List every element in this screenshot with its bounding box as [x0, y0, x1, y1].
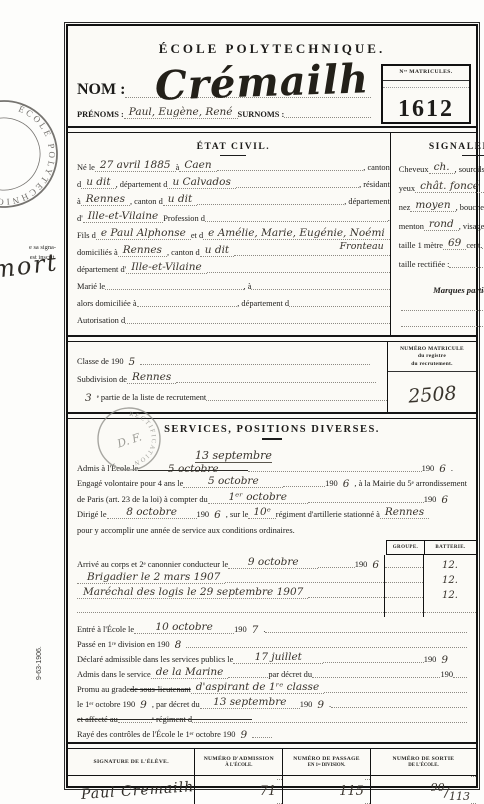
dirige-year: 6	[209, 509, 226, 521]
birth-date: 27 avril 1885	[95, 159, 176, 172]
etat-civil-title: ÉTAT CIVIL.	[77, 137, 390, 152]
sortie-header-cell: NUMÉRO DE SORTIEDE L'ÉCOLE.	[370, 749, 476, 775]
declare-year: 9	[436, 654, 453, 666]
dash	[220, 155, 246, 156]
departement-label: , département d	[237, 299, 289, 308]
residant-label: , résidant	[359, 180, 390, 189]
batterie-cell	[423, 602, 476, 617]
dirige-label: Dirigé le	[77, 510, 107, 519]
canton-value: u dit	[200, 244, 234, 257]
col-groupe-header: GROUPE.	[386, 540, 424, 555]
entre-label: Entré à l'École le	[77, 625, 134, 634]
mother-name: e Amélie, Marie, Eugénie, Noémi	[203, 227, 390, 240]
dirige-date: 8 octobre	[107, 506, 197, 519]
school-title: ÉCOLE POLYTECHNIQUE.	[77, 26, 467, 57]
departement-value: u Calvados	[167, 176, 235, 189]
matricule-number: 1612	[383, 87, 469, 123]
decret-date: 13 septembre	[200, 696, 300, 709]
batterie-value: 12.	[437, 560, 463, 571]
footer-header-row: SIGNATURE DE L'ÉLÈVE. NUMÉRO D'ADMISSION…	[68, 749, 476, 776]
table-header: GROUPE. BATTERIE.	[77, 540, 467, 555]
prenoms-label: PRÉNOMS :	[77, 110, 124, 119]
matricule-box-label: Nᵒˢ MATRICULES.	[383, 66, 469, 81]
batterie-cell: 12.	[423, 572, 476, 587]
sortie-header-line2: DE L'ÉCOLE.	[371, 763, 476, 768]
table-row: Brigadier le 2 mars 1907 12.	[77, 572, 467, 587]
entre-date: 10 octobre	[134, 621, 234, 634]
groupe-batterie-table: GROUPE. BATTERIE. Arrivé au corps et 2ᵉ …	[77, 540, 467, 617]
service-value: de la Marine	[151, 666, 229, 679]
declare-date: 17 juillet	[233, 651, 323, 664]
batterie-value: 12.	[437, 575, 463, 586]
cent-label: cent.	[466, 241, 482, 250]
passage-cell: 115	[282, 776, 370, 804]
entre-year: 7	[247, 624, 264, 636]
col-batterie-header: BATTERIE.	[424, 540, 476, 555]
matricule-box: Nᵒˢ MATRICULES. 1612	[381, 64, 471, 124]
ecole-lines: Entré à l'École le10 octobre1907. Passé …	[77, 622, 467, 742]
civil-status-section: ÉTAT CIVIL. Né le27 avril 1885àCaen, can…	[77, 133, 467, 335]
domicilies-label: domiciliés à	[77, 248, 118, 257]
visage-label: , visage	[459, 222, 484, 231]
recruitment-number-label: NUMÉRO MATRICULE du registre du recrutem…	[388, 342, 476, 372]
year-prefix: 190	[422, 464, 435, 473]
fils-de-label: Fils d	[77, 231, 96, 240]
signalement-title: SIGNALEMENT.	[399, 137, 484, 152]
admission-cell: 71	[194, 776, 282, 804]
compter-date: 1ᵉʳ octobre	[208, 491, 308, 504]
arrive-date: 9 octobre	[228, 556, 318, 569]
nom-label: NOM :	[77, 81, 125, 99]
year-prefix: 190	[424, 655, 437, 664]
recruitment-label-line1: NUMÉRO MATRICULE	[388, 346, 476, 353]
nez-label: nez	[399, 203, 411, 212]
year-prefix: 190	[325, 479, 338, 488]
arrive-year: 6	[367, 559, 384, 571]
canton-label: , canton	[363, 163, 390, 172]
promu-year: 9	[135, 699, 152, 711]
raye-label: Rayé des contrôles de l'École le 1ᵉʳ oct…	[77, 730, 236, 739]
nom-row: NOM : Crémailh	[77, 59, 371, 102]
corrected-date-handwritten: 13 septembre	[195, 449, 272, 463]
ne-le: Né le	[77, 163, 95, 172]
parents-departement: Ille-et-Vilaine	[126, 261, 207, 274]
regiment-label: régiment d'artillerie stationné à	[276, 510, 380, 519]
birth-city: Caen	[179, 159, 216, 172]
parents-city: Rennes	[118, 244, 167, 257]
admission-header-line1: NUMÉRO D'ADMISSION	[195, 756, 282, 762]
dotted-fill	[401, 295, 484, 311]
groupe-cell	[384, 572, 423, 587]
admission-number: 71	[254, 784, 283, 799]
sortie-cell: 90/113	[370, 776, 476, 804]
taille-rectifiee-label: taille rectifiée :	[399, 260, 450, 269]
a-label: , à	[244, 282, 252, 291]
dash	[262, 438, 282, 440]
batterie-cell: 12.	[423, 555, 476, 572]
table-row: Arrivé au corps et 2ᵉ canonnier conducte…	[77, 555, 467, 572]
classe-fields: Classe de 1905 Subdivision deRennes 3ᵉ p…	[77, 342, 387, 412]
sortie-numerator: 90	[431, 781, 445, 794]
sur-le-label: , sur le	[226, 510, 249, 519]
stamp-ring-text: ÉCOLE POLYTECHNIQUE	[0, 99, 71, 221]
passe-division-label: Passé en 1ʳᵉ division en 190	[77, 640, 170, 649]
raye-year: 9	[236, 729, 253, 741]
marie-le-label: Marié le	[77, 282, 105, 291]
profession-label: Profession d	[163, 214, 205, 223]
residence-departement: Ille-et-Vilaine	[83, 210, 164, 223]
classe-de-label: Classe de 190	[77, 357, 124, 366]
year-prefix: 190	[234, 625, 247, 634]
engage-label: Engagé volontaire pour 4 ans le	[77, 479, 183, 488]
passage-header-line2: EN 1ʳᵉ DIVISION.	[283, 763, 370, 768]
surnoms-label: SURNOMS :	[238, 110, 285, 119]
promu-date-label: le 1ᵉʳ octobre 190	[77, 700, 135, 709]
accomplir-label: pour y accomplir une année de service au…	[77, 526, 295, 535]
arrive-label: Arrivé au corps et 2ᵉ canonnier conducte…	[77, 560, 228, 569]
services-section: RECTIFICATION D. F. SERVICES, POSITIONS …	[77, 419, 467, 742]
promu-grade-struck: de sous-lieutenant	[130, 685, 191, 694]
form-reference-code: 9-63-1906.	[36, 600, 43, 680]
passage-header-line1: NUMÉRO DE PASSAGE	[283, 756, 370, 762]
departement-label: département d'	[77, 265, 126, 274]
passage-header-cell: NUMÉRO DE PASSAGEEN 1ʳᵉ DIVISION.	[282, 749, 370, 775]
canton-value: u dit	[163, 193, 197, 206]
header: ÉCOLE POLYTECHNIQUE. NOM : Crémailh PRÉN…	[77, 26, 467, 126]
subdivision-value: Rennes	[127, 371, 176, 384]
autorisation-label: Autorisation d	[77, 316, 125, 325]
signature-header-cell: SIGNATURE DE L'ÉLÈVE.	[68, 749, 194, 775]
rule	[68, 742, 476, 749]
document-inner-frame: ÉCOLE POLYTECHNIQUE. NOM : Crémailh PRÉN…	[66, 24, 478, 788]
margin-handwritten-flourish: mort	[0, 248, 60, 284]
recruitment-number-box: NUMÉRO MATRICULE du registre du recrutem…	[387, 342, 476, 412]
admis-year: 6	[434, 463, 451, 475]
promu-label: Promu au grade	[77, 685, 130, 694]
subdivision-label: Subdivision de	[77, 375, 127, 384]
strike-overline	[77, 719, 252, 720]
mother-name-continued: Fronteau	[340, 241, 384, 252]
document-frame: ÉCOLE POLYTECHNIQUE. NOM : Crémailh PRÉN…	[64, 22, 480, 790]
partie-label: ᵉ partie de la liste de recrutement	[97, 393, 207, 402]
marechal-entry: Maréchal des logis le 29 septembre 1907	[77, 586, 308, 599]
signature-cell: Paul Cremailh	[68, 776, 194, 804]
alors-domiciliee-label: alors domiciliée à	[77, 299, 137, 308]
et-de-label: et d	[191, 231, 203, 240]
year-prefix: 190	[440, 670, 453, 679]
sortie-number: 90/113	[425, 781, 476, 803]
canton-value: u dit	[81, 176, 115, 189]
yeux-label: yeux	[399, 184, 415, 193]
name-value-handwritten: Crémailh	[154, 55, 370, 109]
dotted-fill	[284, 117, 371, 118]
classe-section: Classe de 1905 Subdivision deRennes 3ᵉ p…	[77, 342, 467, 412]
footer-table: SIGNATURE DE L'ÉLÈVE. NUMÉRO D'ADMISSION…	[68, 749, 476, 802]
marques-particulieres-label: Marques particulières :	[399, 285, 484, 295]
admission-header-cell: NUMÉRO D'ADMISSIONÀ L'ÉCOLE.	[194, 749, 282, 775]
signature-header: SIGNATURE DE L'ÉLÈVE.	[68, 759, 194, 765]
engage-date: 5 octobre	[183, 475, 283, 488]
year-prefix: 190	[424, 495, 437, 504]
classe-year: 5	[124, 356, 141, 368]
rule	[68, 335, 476, 342]
taille-value: 69	[443, 237, 466, 250]
menton-value: rond	[424, 218, 459, 231]
admis-service-label: Admis dans le service	[77, 670, 151, 679]
dirige-ville: Rennes	[380, 506, 429, 519]
paris-label: de Paris (art. 23 de la loi) à compter d…	[77, 495, 208, 504]
table-row-empty	[77, 602, 467, 617]
cheveux-label: Cheveux	[399, 165, 429, 174]
recruitment-label-line2: du registre	[388, 353, 476, 360]
period: .	[388, 214, 390, 223]
passe-year: 8	[170, 639, 187, 651]
residence-city: Rennes	[81, 193, 130, 206]
dotted-fill	[401, 311, 484, 327]
canton-label: , canton d	[167, 248, 200, 257]
footer-values-row: Paul Cremailh 71 115 90/113	[68, 776, 476, 804]
recruitment-number-value: 2508	[387, 369, 477, 409]
admission-header-line2: À L'ÉCOLE.	[195, 763, 282, 768]
recruitment-label-line3: du recrutement.	[388, 361, 476, 368]
yeux-value: chât. foncé	[415, 180, 484, 193]
compter-year: 6	[436, 494, 453, 506]
year-prefix: 190	[197, 510, 210, 519]
bouche-label: , bouche	[456, 203, 484, 212]
promu-grade-value: d'aspirant de 1ʳᵉ classe	[191, 681, 324, 694]
nez-value: moyen	[410, 199, 455, 212]
canton-label: , canton d	[130, 197, 163, 206]
student-signature: Paul Cremailh	[81, 779, 195, 804]
father-name: e Paul Alphonse	[96, 227, 191, 240]
period: .	[451, 464, 453, 473]
rule	[68, 126, 476, 133]
batterie-cell: 12.	[423, 587, 476, 602]
year-prefix: 190	[355, 560, 368, 569]
etat-civil-column: ÉTAT CIVIL. Né le27 avril 1885àCaen, can…	[77, 133, 390, 335]
declare-label: Déclaré admissible dans les services pub…	[77, 655, 233, 664]
stamp2-center-text: D. F.	[115, 430, 144, 450]
engage-suite-label: , à la Mairie du 5ᵉ arrondissement	[354, 479, 467, 488]
groupe-cell	[384, 587, 423, 602]
table-row: Maréchal des logis le 29 septembre 1907 …	[77, 587, 467, 602]
svg-text:ÉCOLE POLYTECHNIQUE: ÉCOLE POLYTECHNIQUE	[0, 99, 71, 221]
signalement-column: SIGNALEMENT. Cheveuxch., sourcilsnoirs y…	[390, 133, 484, 335]
groupe-cell	[384, 602, 423, 617]
batterie-value: 12.	[437, 590, 463, 601]
departement-label: , département	[344, 197, 390, 206]
menton-label: menton	[399, 222, 424, 231]
par-decret-label: par décret du	[268, 670, 312, 679]
rectification-stamp: RECTIFICATION D. F.	[93, 403, 165, 475]
passage-number: 115	[333, 784, 370, 799]
taille-label: taille 1 mètre	[399, 241, 443, 250]
sourcils-label: , sourcils	[455, 165, 484, 174]
par-decret-label: , par décret du	[152, 700, 200, 709]
dash	[462, 155, 484, 156]
sortie-header-line1: NUMÉRO DE SORTIE	[371, 756, 476, 762]
regiment-number: 10ᵉ	[248, 506, 275, 519]
sortie-denominator: 113	[449, 790, 470, 803]
cheveux-value: ch.	[429, 161, 455, 174]
year-prefix: 190	[300, 700, 313, 709]
groupe-cell	[384, 555, 423, 572]
decret-year: 9	[312, 699, 329, 711]
departement-label: , département d	[116, 180, 168, 189]
brigadier-entry: Brigadier le 2 mars 1907	[77, 571, 225, 584]
engage-year: 6	[338, 478, 355, 490]
